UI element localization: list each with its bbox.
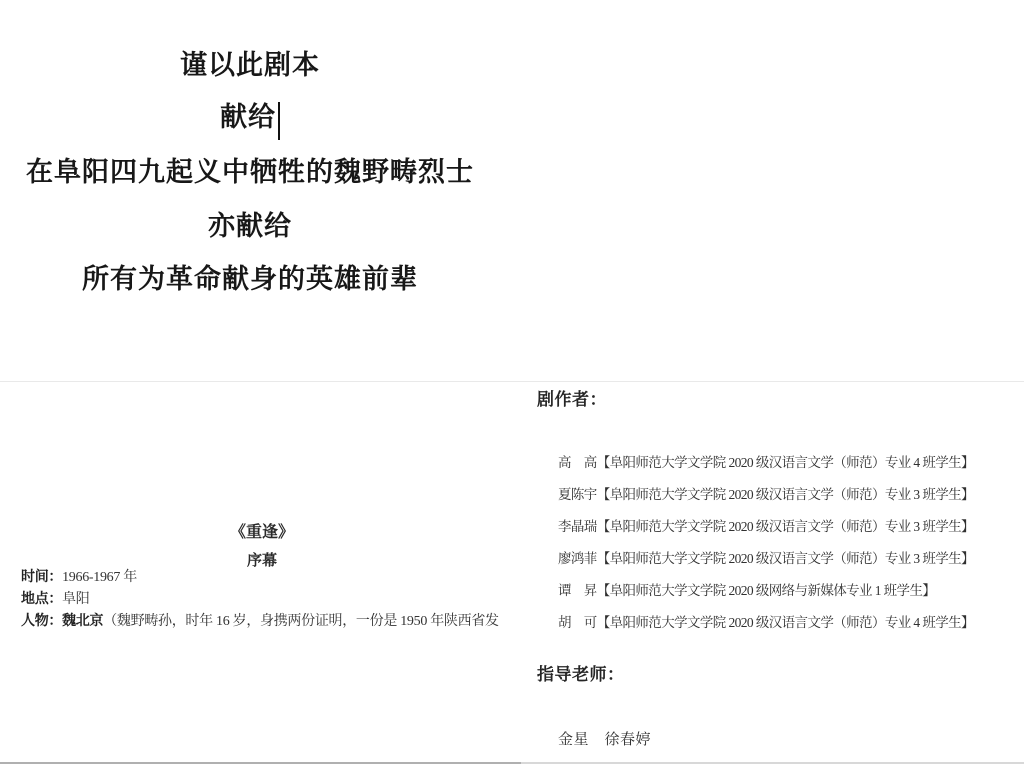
script-subtitle: 序幕 [0, 549, 512, 570]
author-row: 李晶瑞【阜阳师范大学文学院 2020 级汉语言文学（师范）专业 3 班学生】 [558, 518, 974, 535]
dedication-text: 亦献给 [208, 211, 292, 241]
text-cursor [278, 102, 280, 140]
place-label: 地点： [21, 592, 62, 607]
dedication-line: 谨以此剧本 [0, 48, 500, 82]
dedication-line: 所有为革命献身的英雄前辈 [0, 262, 500, 296]
script-cast-line: 人物：魏北京（魏野畴孙，时年 16 岁，身携两份证明，一份是 1950 年陕西省… [21, 613, 499, 630]
dedication-line: 亦献给 [0, 209, 500, 243]
author-affiliation: 【阜阳师范大学文学院 2020 级汉语言文学（师范）专业 4 班学生】 [597, 615, 974, 630]
page-synopsis[interactable]: 剧情介绍 “他们并不是因为知道自己将要成为伟大的人，才选择以生命为 代价爱国”，… [512, 0, 1024, 380]
author-row: 胡 可【阜阳师范大学文学院 2020 级汉语言文学（师范）专业 4 班学生】 [558, 614, 974, 631]
advisors-heading: 指导老师： [537, 660, 625, 685]
author-row: 廖鸿菲【阜阳师范大学文学院 2020 级汉语言文学（师范）专业 3 班学生】 [558, 550, 974, 567]
author-name: 廖鸿菲 [558, 551, 597, 566]
author-affiliation: 【阜阳师范大学文学院 2020 级汉语言文学（师范）专业 3 班学生】 [597, 551, 974, 566]
author-name: 高 高 [558, 455, 597, 470]
page-script-opening[interactable]: 《重逢》 序幕 时间：1966-1967 年 地点：阜阳 人物：魏北京（魏野畴孙… [0, 382, 512, 762]
dedication-text: 在阜阳四九起义中牺牲的魏野畴烈士 [26, 157, 474, 187]
dedication-text: 所有为革命献身的英雄前辈 [82, 264, 418, 294]
cast-name: 魏北京 [62, 614, 103, 629]
dedication-text: 献给 [220, 102, 276, 132]
window-bottom-edge-right [521, 762, 1024, 764]
author-name: 胡 可 [558, 615, 597, 630]
author-affiliation: 【阜阳师范大学文学院 2020 级网络与新媒体专业 1 班学生】 [597, 583, 936, 598]
author-name: 夏陈宇 [558, 487, 597, 502]
page-dedication[interactable]: 谨以此剧本 献给 在阜阳四九起义中牺牲的魏野畴烈士 亦献给 所有为革命献身的英雄… [0, 0, 500, 380]
author-affiliation: 【阜阳师范大学文学院 2020 级汉语言文学（师范）专业 3 班学生】 [597, 519, 974, 534]
window-bottom-edge-left [0, 762, 521, 764]
author-row: 高 高【阜阳师范大学文学院 2020 级汉语言文学（师范）专业 4 班学生】 [558, 454, 974, 471]
word-document-multipage-view: 谨以此剧本 献给 在阜阳四九起义中牺牲的魏野畴烈士 亦献给 所有为革命献身的英雄… [0, 0, 1024, 767]
script-title: 《重逢》 [0, 519, 512, 542]
author-name: 李晶瑞 [558, 519, 597, 534]
advisor-names: 金星 徐春婷 [558, 728, 651, 749]
author-name: 谭 昇 [558, 583, 597, 598]
dedication-line: 献给 [0, 100, 500, 139]
authors-heading: 剧作者： [537, 385, 607, 410]
place-value: 阜阳 [62, 592, 89, 607]
script-time-line: 时间：1966-1967 年 [21, 569, 137, 586]
dedication-text: 谨以此剧本 [180, 50, 320, 80]
author-row: 夏陈宇【阜阳师范大学文学院 2020 级汉语言文学（师范）专业 3 班学生】 [558, 486, 974, 503]
author-affiliation: 【阜阳师范大学文学院 2020 级汉语言文学（师范）专业 4 班学生】 [597, 455, 974, 470]
author-row: 谭 昇【阜阳师范大学文学院 2020 级网络与新媒体专业 1 班学生】 [558, 582, 935, 599]
time-label: 时间： [21, 570, 62, 585]
dedication-line: 在阜阳四九起义中牺牲的魏野畴烈士 [0, 155, 500, 189]
author-affiliation: 【阜阳师范大学文学院 2020 级汉语言文学（师范）专业 3 班学生】 [597, 487, 974, 502]
time-value: 1966-1967 年 [62, 570, 137, 585]
cast-label: 人物： [21, 614, 62, 629]
cast-description: （魏野畴孙，时年 16 岁，身携两份证明，一份是 1950 年陕西省发 [103, 614, 499, 629]
script-place-line: 地点：阜阳 [21, 591, 90, 608]
